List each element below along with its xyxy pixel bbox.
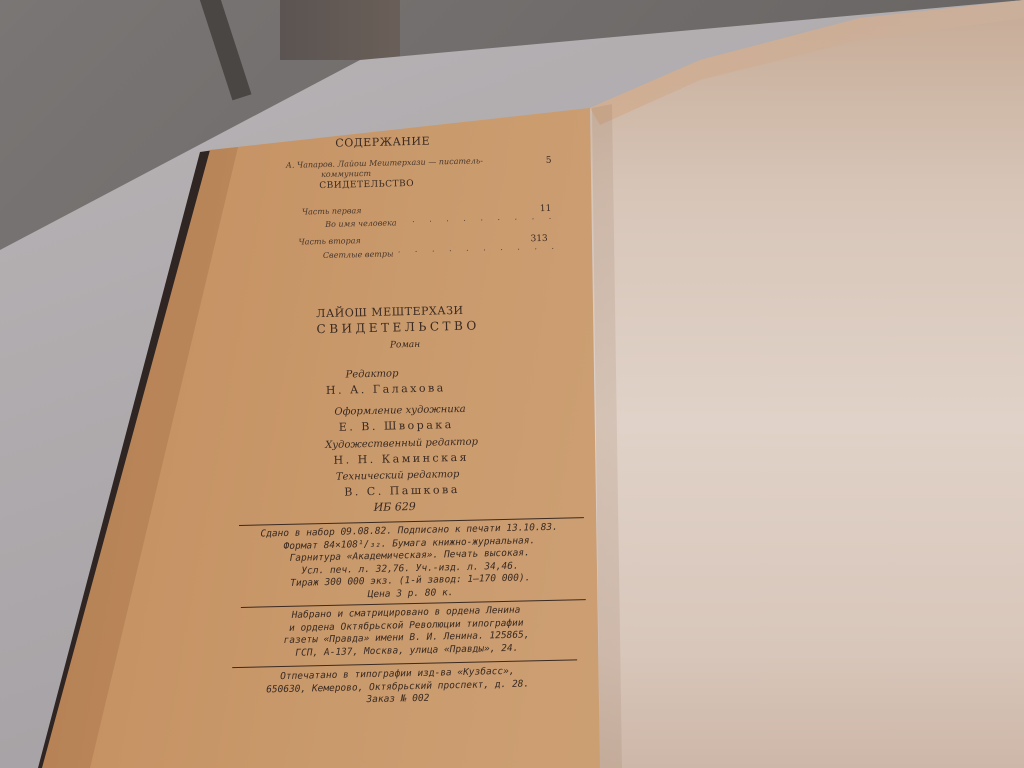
- contents-section-title: СВИДЕТЕЛЬСТВО: [319, 179, 414, 191]
- toc-part1-label: Часть первая: [302, 206, 362, 216]
- toc-part2-subtitle: Светлые ветры: [323, 249, 394, 260]
- toc-intro-line2: коммунист: [321, 169, 371, 179]
- book-genre: Роман: [390, 340, 420, 351]
- credit-role-editor: Редактор: [345, 368, 398, 380]
- toc-part2-page: 313: [530, 234, 547, 244]
- toc-part1-subtitle: Во имя человека: [325, 218, 397, 229]
- contents-heading: СОДЕРЖАНИЕ: [335, 135, 430, 150]
- toc-part2-label: Часть вторая: [298, 236, 360, 246]
- background-shadow: [280, 0, 400, 60]
- toc-intro-page: 5: [546, 156, 552, 166]
- credit-name-design: Е. В. Шворака: [339, 418, 454, 434]
- printer-details: Отпечатано в типографии изд-ва «Кузбасс»…: [222, 664, 573, 709]
- toc-part1-page: 11: [540, 204, 552, 214]
- credit-name-editor: Н. А. Галахова: [326, 381, 446, 397]
- ib-number: ИБ 629: [373, 500, 415, 514]
- credit-name-tech-editor: В. С. Пашкова: [344, 483, 460, 499]
- typesetting-details: Набрано и сматрицировано в ордена Ленина…: [231, 603, 582, 661]
- printing-details: Сдано в набор 09.08.82. Подписано к печа…: [234, 521, 586, 604]
